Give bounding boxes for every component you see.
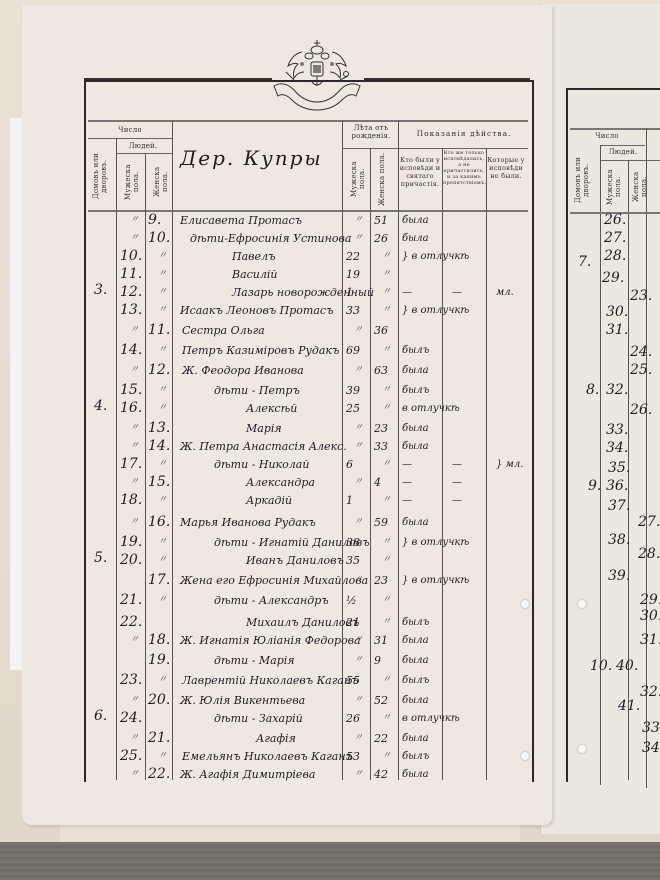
person-name: Иванъ Даниловъ bbox=[246, 554, 344, 567]
age-female: 〃 bbox=[382, 402, 391, 415]
right-col-persons: Людей. bbox=[602, 148, 644, 156]
confession-only: — bbox=[452, 458, 462, 471]
confession-attended: былъ bbox=[402, 750, 429, 763]
person-name: Алексѣй bbox=[246, 402, 297, 415]
confession-attended: была bbox=[402, 232, 429, 245]
age-female: 〃 bbox=[382, 674, 391, 687]
female-count: 〃 bbox=[158, 750, 167, 763]
age-male: 1 bbox=[346, 494, 353, 507]
col-line bbox=[172, 120, 173, 780]
right-house-number: 7. bbox=[578, 256, 591, 269]
female-count: 〃 bbox=[158, 494, 167, 507]
right-rule bbox=[600, 160, 660, 161]
age-male: 〃 bbox=[354, 694, 363, 707]
right-col-households: Домовъ или дворовъ. bbox=[574, 152, 592, 208]
male-count: 22. bbox=[120, 616, 142, 629]
female-count: 〃 bbox=[158, 304, 167, 317]
age-female: 〃 bbox=[382, 616, 391, 629]
person-name: дѣти-Ефросинія Устинова bbox=[190, 232, 351, 245]
age-female: 〃 bbox=[382, 344, 391, 357]
confession-only: — bbox=[452, 476, 462, 489]
age-female: 〃 bbox=[382, 384, 391, 397]
age-female: 51 bbox=[374, 214, 388, 227]
age-male: 1 bbox=[346, 286, 353, 299]
female-count: 〃 bbox=[158, 674, 167, 687]
female-count: 13. bbox=[148, 422, 170, 435]
confession-attended: была bbox=[402, 694, 429, 707]
header-age-male: Мужеска пола. bbox=[350, 152, 362, 206]
age-female: 〃 bbox=[382, 268, 391, 281]
male-count: 〃 bbox=[130, 214, 139, 227]
right-female-number: 25. bbox=[630, 364, 652, 377]
person-name: Ж. Агафія Димитріева bbox=[180, 768, 315, 781]
right-male-number: 41. bbox=[618, 700, 640, 713]
male-count: 〃 bbox=[130, 232, 139, 245]
person-name: Елисавета Протасъ bbox=[180, 214, 302, 227]
confession-attended: — bbox=[402, 476, 412, 489]
female-count: 17. bbox=[148, 574, 170, 587]
age-male: 〃 bbox=[354, 324, 363, 337]
male-count: 24. bbox=[120, 712, 142, 725]
female-count: 〃 bbox=[158, 250, 167, 263]
confession-attended: была bbox=[402, 364, 429, 377]
confession-attended: была bbox=[402, 422, 429, 435]
age-male: 〃 bbox=[354, 214, 363, 227]
age-female: 〃 bbox=[382, 712, 391, 725]
male-count: 〃 bbox=[130, 440, 139, 453]
right-female-number: 33. bbox=[642, 722, 660, 735]
age-female: 33 bbox=[374, 440, 388, 453]
age-male: 35 bbox=[346, 554, 360, 567]
right-male-number: 27. bbox=[604, 232, 626, 245]
person-name: Ж. Феодора Иванова bbox=[182, 364, 304, 377]
age-female: 23 bbox=[374, 574, 388, 587]
person-name: Ж. Петра Анастасія Алекс. bbox=[180, 440, 347, 453]
male-count: 16. bbox=[120, 402, 142, 415]
age-female: 59 bbox=[374, 516, 388, 529]
age-female: 22 bbox=[374, 732, 388, 745]
female-count: 〃 bbox=[158, 594, 167, 607]
header-male: Мужеска пола. bbox=[124, 158, 136, 206]
age-female: 4 bbox=[374, 476, 381, 489]
age-female: 26 bbox=[374, 232, 388, 245]
confession-attended: былъ bbox=[402, 344, 429, 357]
age-female: 〃 bbox=[382, 750, 391, 763]
male-count: 〃 bbox=[130, 476, 139, 489]
right-female-number: 30. bbox=[640, 610, 660, 623]
household-number: 3. bbox=[94, 284, 107, 297]
male-count: 〃 bbox=[130, 516, 139, 529]
male-count: 11. bbox=[120, 268, 142, 281]
age-male: 21 bbox=[346, 616, 360, 629]
male-count: 〃 bbox=[130, 768, 139, 781]
person-name: Исаакъ Леоновъ Протасъ bbox=[180, 304, 333, 317]
confession-attended: } в отлучкѣ bbox=[402, 304, 469, 317]
person-name: Марья Иванова Рудакъ bbox=[180, 516, 316, 529]
female-count: 20. bbox=[148, 694, 170, 707]
male-count: 〃 bbox=[130, 732, 139, 745]
header-households: Домовъ или дворовъ. bbox=[92, 146, 112, 206]
male-count: 13. bbox=[120, 304, 142, 317]
person-name: Павелъ bbox=[232, 250, 275, 263]
col-line bbox=[486, 148, 487, 780]
age-male: 26 bbox=[346, 712, 360, 725]
female-count: 10. bbox=[148, 232, 170, 245]
right-col-male: Мужеска пола. bbox=[606, 164, 620, 210]
person-name: дѣти - Николай bbox=[214, 458, 309, 471]
person-name: Аркадій bbox=[246, 494, 292, 507]
age-male: 〃 bbox=[354, 422, 363, 435]
header-conf-was: Кто были у исповѣди и святаго причастія. bbox=[399, 156, 441, 188]
header-conf-only: Кто же только исповѣдались, а не причаст… bbox=[443, 150, 485, 186]
right-col-number: Число bbox=[572, 132, 642, 140]
person-name: дѣти - Марія bbox=[214, 654, 295, 667]
right-male-number: 31. bbox=[606, 324, 628, 337]
confession-only: — bbox=[452, 286, 462, 299]
village-name: Дер. Купры bbox=[180, 152, 323, 165]
right-female-number: 23. bbox=[630, 290, 652, 303]
female-count: 〃 bbox=[158, 384, 167, 397]
right-female-number: 24. bbox=[630, 346, 652, 359]
age-female: 〃 bbox=[382, 458, 391, 471]
right-female-number: 34. bbox=[642, 742, 660, 755]
household-number: 4. bbox=[94, 400, 107, 413]
right-male-number: 32. bbox=[606, 384, 628, 397]
household-number: 5. bbox=[94, 552, 107, 565]
female-count: 〃 bbox=[158, 268, 167, 281]
header-rule bbox=[88, 138, 172, 139]
confession-attended: была bbox=[402, 634, 429, 647]
confession-attended: была bbox=[402, 214, 429, 227]
male-count: 〃 bbox=[130, 422, 139, 435]
age-male: 39 bbox=[346, 384, 360, 397]
confession-absent: мл. bbox=[496, 286, 514, 299]
right-house-number: 10. bbox=[590, 660, 612, 673]
person-name: Ж. Игнатія Юліанія Федорова bbox=[180, 634, 361, 647]
person-name: Василій bbox=[232, 268, 278, 281]
age-female: 〃 bbox=[382, 554, 391, 567]
confession-attended: — bbox=[402, 286, 412, 299]
confession-attended: былъ bbox=[402, 616, 429, 629]
person-name: Агафія bbox=[256, 732, 296, 745]
right-male-number: 38. bbox=[608, 534, 630, 547]
age-male: 〃 bbox=[354, 364, 363, 377]
age-male: 22 bbox=[346, 250, 360, 263]
male-count: 〃 bbox=[130, 634, 139, 647]
age-female: 9 bbox=[374, 654, 381, 667]
male-count: 15. bbox=[120, 384, 142, 397]
person-name: Александра bbox=[246, 476, 315, 489]
person-name: Марія bbox=[246, 422, 282, 435]
binding-hole bbox=[521, 600, 529, 608]
person-name: Ж. Юлія Викентьева bbox=[180, 694, 305, 707]
age-male: 53 bbox=[346, 750, 360, 763]
confession-attended: } в отлучкѣ bbox=[402, 536, 469, 549]
confession-absent: } мл. bbox=[496, 458, 523, 471]
right-female-number: 27. bbox=[638, 516, 660, 529]
age-male: 55 bbox=[346, 674, 360, 687]
col-line bbox=[116, 138, 117, 780]
confession-only: — bbox=[452, 494, 462, 507]
age-male: 〃 bbox=[354, 516, 363, 529]
right-female-number: 31. bbox=[640, 634, 660, 647]
person-name: дѣти - Александръ bbox=[214, 594, 329, 607]
right-house-number: 9. bbox=[588, 480, 601, 493]
header-age: Лѣта отъ рожденія. bbox=[346, 124, 396, 140]
right-male-number: 37. bbox=[608, 500, 630, 513]
female-count: 19. bbox=[148, 654, 170, 667]
person-name: дѣти - Захарій bbox=[214, 712, 303, 725]
confession-attended: — bbox=[402, 458, 412, 471]
male-count: 12. bbox=[120, 286, 142, 299]
person-name: Емельянъ Николаевъ Каганъ bbox=[182, 750, 353, 763]
age-male: 25 bbox=[346, 402, 360, 415]
male-count: 23. bbox=[120, 674, 142, 687]
female-count: 9. bbox=[148, 214, 161, 227]
right-male-number: 40. bbox=[616, 660, 638, 673]
right-female-number: 29. bbox=[640, 594, 660, 607]
person-name: Петръ Казиміровъ Рудакъ bbox=[182, 344, 339, 357]
right-col-female: Женска пола. bbox=[632, 164, 644, 210]
female-count: 〃 bbox=[158, 554, 167, 567]
age-male: 19 bbox=[346, 268, 360, 281]
confession-attended: } в отлучкѣ bbox=[402, 574, 469, 587]
age-female: 〃 bbox=[382, 250, 391, 263]
female-count: 11. bbox=[148, 324, 170, 337]
household-number: 6. bbox=[94, 710, 107, 723]
age-male: 33 bbox=[346, 304, 360, 317]
male-count: 〃 bbox=[130, 324, 139, 337]
header-number: Число bbox=[92, 126, 168, 134]
header-rule bbox=[116, 153, 172, 154]
right-rule bbox=[600, 145, 645, 146]
confession-attended: была bbox=[402, 440, 429, 453]
header-conf-not: Которые у исповѣди не были. bbox=[487, 156, 525, 180]
header-age-female: Женска пола. bbox=[378, 152, 390, 206]
female-count: 18. bbox=[148, 634, 170, 647]
age-male: 〃 bbox=[354, 768, 363, 781]
person-name: Михаилъ Даниловъ bbox=[246, 616, 359, 629]
binding-hole bbox=[578, 600, 586, 608]
age-female: 〃 bbox=[382, 594, 391, 607]
col-line bbox=[398, 120, 399, 780]
right-female-number: 26. bbox=[630, 404, 652, 417]
male-count: 14. bbox=[120, 344, 142, 357]
age-male: 38 bbox=[346, 536, 360, 549]
confession-attended: } в отлучкѣ bbox=[402, 250, 469, 263]
male-count: 18. bbox=[120, 494, 142, 507]
male-count: 25. bbox=[120, 750, 142, 763]
age-female: 〃 bbox=[382, 494, 391, 507]
male-count: 17. bbox=[120, 458, 142, 471]
right-male-number: 36. bbox=[606, 480, 628, 493]
age-female: 23 bbox=[374, 422, 388, 435]
female-count: 12. bbox=[148, 364, 170, 377]
male-count: 21. bbox=[120, 594, 142, 607]
age-female: 63 bbox=[374, 364, 388, 377]
right-female-number: 28. bbox=[638, 548, 660, 561]
male-count: 〃 bbox=[130, 694, 139, 707]
male-count: 19. bbox=[120, 536, 142, 549]
female-count: 14. bbox=[148, 440, 170, 453]
confession-attended: былъ bbox=[402, 674, 429, 687]
header-persons: Людей. bbox=[118, 142, 168, 150]
person-name: дѣти - Петръ bbox=[214, 384, 300, 397]
female-count: 〃 bbox=[158, 536, 167, 549]
confession-attended: в отлучкѣ bbox=[402, 402, 460, 415]
age-male: 〃 bbox=[354, 476, 363, 489]
male-count: 10. bbox=[120, 250, 142, 263]
age-male: 〃 bbox=[354, 440, 363, 453]
female-count: 〃 bbox=[158, 402, 167, 415]
person-name: Жена его Ефросинія Михайлова bbox=[180, 574, 368, 587]
right-male-number: 34. bbox=[606, 442, 628, 455]
female-count: 〃 bbox=[158, 458, 167, 471]
age-female: 36 bbox=[374, 324, 388, 337]
age-female: 〃 bbox=[382, 286, 391, 299]
age-male: 〃 bbox=[354, 634, 363, 647]
header-rule bbox=[398, 148, 528, 149]
col-line bbox=[145, 153, 146, 780]
wooden-desk bbox=[0, 842, 660, 880]
right-male-number: 35. bbox=[608, 462, 630, 475]
confession-attended: была bbox=[402, 516, 429, 529]
female-count: 〃 bbox=[158, 344, 167, 357]
age-female: 〃 bbox=[382, 304, 391, 317]
male-count: 〃 bbox=[130, 364, 139, 377]
binding-hole bbox=[578, 745, 586, 753]
age-male: 6 bbox=[346, 458, 353, 471]
right-male-number: 30. bbox=[606, 306, 628, 319]
right-male-number: 28. bbox=[604, 250, 626, 263]
confession-attended: — bbox=[402, 494, 412, 507]
female-count: 15. bbox=[148, 476, 170, 489]
female-count: 21. bbox=[148, 732, 170, 745]
right-male-number: 29. bbox=[602, 272, 624, 285]
right-male-number: 39. bbox=[608, 570, 630, 583]
person-name: Сестра Ольга bbox=[182, 324, 265, 337]
male-count: 20. bbox=[120, 554, 142, 567]
right-male-number: 26. bbox=[604, 214, 626, 227]
header-female: Женска пола. bbox=[153, 158, 165, 206]
confession-attended: была bbox=[402, 768, 429, 781]
right-col-line bbox=[600, 145, 601, 785]
confession-attended: была bbox=[402, 732, 429, 745]
age-female: 52 bbox=[374, 694, 388, 707]
female-count: 〃 bbox=[158, 286, 167, 299]
binding-hole bbox=[521, 752, 529, 760]
age-male: ½ bbox=[346, 594, 357, 607]
age-female: 42 bbox=[374, 768, 388, 781]
confession-attended: была bbox=[402, 654, 429, 667]
col-line bbox=[442, 148, 443, 780]
confession-attended: в отлучкѣ bbox=[402, 712, 460, 725]
age-male: 69 bbox=[346, 344, 360, 357]
header-confession: Показанія дѣйства. bbox=[404, 130, 524, 138]
female-count: 22. bbox=[148, 768, 170, 781]
col-line bbox=[370, 148, 371, 780]
header-top-rule bbox=[88, 120, 528, 122]
age-male: 〃 bbox=[354, 654, 363, 667]
confession-attended: былъ bbox=[402, 384, 429, 397]
right-female-number: 32. bbox=[640, 686, 660, 699]
right-male-number: 33. bbox=[606, 424, 628, 437]
age-male: 〃 bbox=[354, 574, 363, 587]
right-house-number: 8. bbox=[586, 384, 599, 397]
age-male: 〃 bbox=[354, 732, 363, 745]
person-name: Лаврентій Николаевъ Каганъ bbox=[182, 674, 358, 687]
age-female: 31 bbox=[374, 634, 388, 647]
female-count: 16. bbox=[148, 516, 170, 529]
age-male: 〃 bbox=[354, 232, 363, 245]
age-female: 〃 bbox=[382, 536, 391, 549]
